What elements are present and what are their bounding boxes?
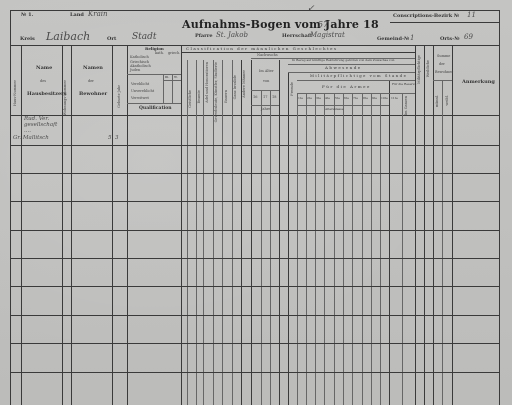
col-div (362, 93, 363, 405)
total-header: Im Ganzen (404, 96, 408, 115)
age-col: 18 (272, 96, 276, 100)
class-col: Andere Männer (242, 70, 246, 98)
rule (251, 58, 289, 59)
class-col: Adel und Honoratioren (205, 62, 209, 103)
row-rule (10, 372, 500, 373)
rule (433, 80, 452, 81)
age-class: 11te (391, 97, 398, 100)
row-rule (10, 201, 500, 202)
classification-title: Classification der männlichen Geschlecht… (186, 47, 338, 51)
nachwuchs-header: Nachwuchs (257, 54, 278, 58)
rule (163, 74, 164, 103)
altersklasse-label: Altersklasse (325, 108, 344, 111)
conscription-rule (390, 22, 500, 23)
rule (172, 74, 173, 103)
col-div (288, 72, 289, 405)
ort-label: Ort (107, 37, 116, 42)
sheet-number: № 1. (21, 13, 33, 18)
age-class: 2te (307, 97, 312, 100)
militaerpflichtig-header: Militärpflichtige vom Stande (310, 74, 407, 78)
ort-value: Stadt (132, 33, 157, 42)
owner-line: .... (24, 129, 31, 135)
name-hausbesitzer-header-1: Name (36, 66, 52, 71)
age-class: 9te (372, 97, 377, 100)
religion-row: Katholisch (130, 56, 149, 60)
row-rule (10, 230, 500, 231)
col-div (433, 45, 434, 405)
summe-sub: weibl. (445, 95, 449, 106)
summe-header-3: Bewohner (435, 71, 453, 75)
im-alter-von: von (263, 80, 269, 84)
age-col: 17 (263, 96, 267, 100)
col-div (380, 93, 381, 405)
orts-value: 69 (464, 34, 473, 41)
col-div (352, 93, 353, 405)
geburts-jahr-header: Geburts-Jahr (117, 85, 121, 108)
classification-title-rule (181, 52, 415, 53)
checkmark-mark: ✓ (307, 5, 315, 14)
jahre-label: Jahre (261, 108, 271, 112)
col-div (251, 60, 252, 405)
qualification-header: Qualification (139, 107, 172, 112)
col-div (203, 60, 204, 405)
fuer-armee-header: Für die Armee (322, 85, 371, 89)
weibliche-col: Weibliche (426, 60, 430, 77)
age-class: 3te (316, 97, 321, 100)
stand-head: m. (165, 76, 169, 80)
wohnungs-nummer-header: Wohnungs-Nummer (63, 80, 67, 115)
age-class: 1te (298, 97, 303, 100)
fuer-reserve-header: Für die Reserve (392, 83, 416, 86)
col-div (315, 93, 316, 405)
gemeinde-label: Gemeind-№ (377, 37, 409, 42)
col-div (21, 45, 22, 405)
rule (297, 80, 415, 81)
summe-header-1: Summe (437, 55, 450, 59)
namen-bewohner-header-1: Namen (83, 66, 103, 71)
col-div (112, 45, 113, 405)
stand-row: Unverehlicht (131, 90, 154, 94)
religion-col: kath. (155, 52, 164, 56)
age-class: 4te (325, 97, 330, 100)
summe-sub: männl. (435, 95, 439, 107)
census-sheet: № 1. Land Krain Aufnahms-Bogen vom Jahre… (0, 0, 512, 405)
col-div (187, 60, 188, 405)
fremde-header: Fremde (290, 82, 294, 96)
geburts-jahr-value: 3 (115, 136, 119, 142)
col-div (324, 93, 325, 405)
table-header-bottom-rule (10, 115, 500, 116)
class-col: Ganz Invalide (233, 75, 237, 99)
col-div (402, 93, 403, 405)
disposition-note: In Bezug auf künftige Rekrutirung gehöre… (292, 59, 394, 62)
religion-col: griech. (168, 52, 180, 56)
col-div (306, 93, 307, 405)
row-rule (10, 286, 500, 287)
left-border (10, 10, 11, 405)
rule (251, 105, 279, 106)
col-div (452, 45, 453, 405)
col-div (241, 60, 242, 405)
col-div (127, 45, 128, 405)
abwesend-header: Abwesende (325, 66, 362, 70)
militaerpflichtig-col: Militärpflichtige (417, 55, 421, 84)
land-label: Land (70, 13, 84, 18)
rule (297, 105, 389, 106)
pfarre-label: Pfarre (195, 34, 213, 39)
col-div (424, 45, 425, 405)
age-class: 7te (353, 97, 358, 100)
right-border (499, 10, 500, 405)
col-div (232, 60, 233, 405)
pfarre-value: St. Jakob (216, 32, 248, 39)
kreis-value: Laibach (46, 31, 90, 42)
owner-line: Gr. Mallitsch (13, 136, 49, 142)
row-rule (10, 145, 500, 146)
herrschaft-label: Herrschaft (282, 34, 312, 39)
row-rule (10, 343, 500, 344)
col-div (415, 45, 416, 405)
age-class: 10te (381, 97, 388, 100)
stand-row: Verwitwet (131, 97, 149, 101)
rule (251, 90, 279, 91)
age-class: 8te (363, 97, 368, 100)
rule (297, 93, 415, 94)
age-col: 16 (253, 96, 257, 100)
row-rule (10, 315, 500, 316)
name-hausbesitzer-header-2: des (40, 80, 46, 84)
class-col: Beamte (197, 90, 201, 104)
anmerkung-header: Anmerkung (462, 80, 495, 85)
kreis-label: Kreis (20, 37, 35, 42)
stand-head: w. (174, 76, 178, 80)
name-hausbesitzer-header-3: Hausbesitzers (27, 92, 67, 97)
conscription-label: Conscriptions-Bezirk № (393, 14, 459, 19)
col-div (279, 60, 280, 405)
col-div (222, 60, 223, 405)
age-class: 5te (335, 97, 340, 100)
gemeinde-value: 1 (410, 35, 414, 42)
col-div (181, 45, 182, 405)
row-rule (10, 258, 500, 259)
land-value: Krain (88, 11, 108, 18)
col-div (343, 93, 344, 405)
religion-row: Juden (130, 69, 140, 73)
stand-row: Verehlicht (131, 83, 149, 87)
orts-label: Orts-№ (440, 37, 460, 42)
col-div (442, 80, 443, 405)
col-div (71, 45, 72, 405)
haus-nummer-header: Haus-Nummer (13, 80, 17, 106)
herrschaft-value: Magistrat (310, 32, 345, 39)
rule (127, 103, 181, 104)
form-title: Aufnahms-Bogen vom Jahre 18 (182, 19, 379, 30)
form-year: 57 (318, 21, 328, 29)
col-div (196, 60, 197, 405)
class-col: Bauern (224, 90, 228, 103)
im-alter-header: Im Alter (259, 70, 274, 74)
conscription-value: 11 (467, 12, 476, 19)
class-col: Geistliche (188, 90, 192, 108)
summe-header-2: der (439, 63, 445, 67)
namen-bewohner-header-2: der (88, 80, 94, 84)
col-div (334, 93, 335, 405)
namen-bewohner-header-3: Bewohner (79, 92, 107, 97)
col-div (270, 90, 271, 405)
row-rule (10, 173, 500, 174)
col-div (261, 90, 262, 405)
rule (163, 80, 181, 81)
col-div (371, 93, 372, 405)
class-col: Gewerbsleute, Künstler, Studierte (214, 62, 218, 122)
top-border (10, 10, 500, 11)
age-class: 6te (344, 97, 349, 100)
haus-nummer-value: 5 (108, 136, 112, 142)
col-div (389, 80, 390, 405)
col-div (297, 93, 298, 405)
